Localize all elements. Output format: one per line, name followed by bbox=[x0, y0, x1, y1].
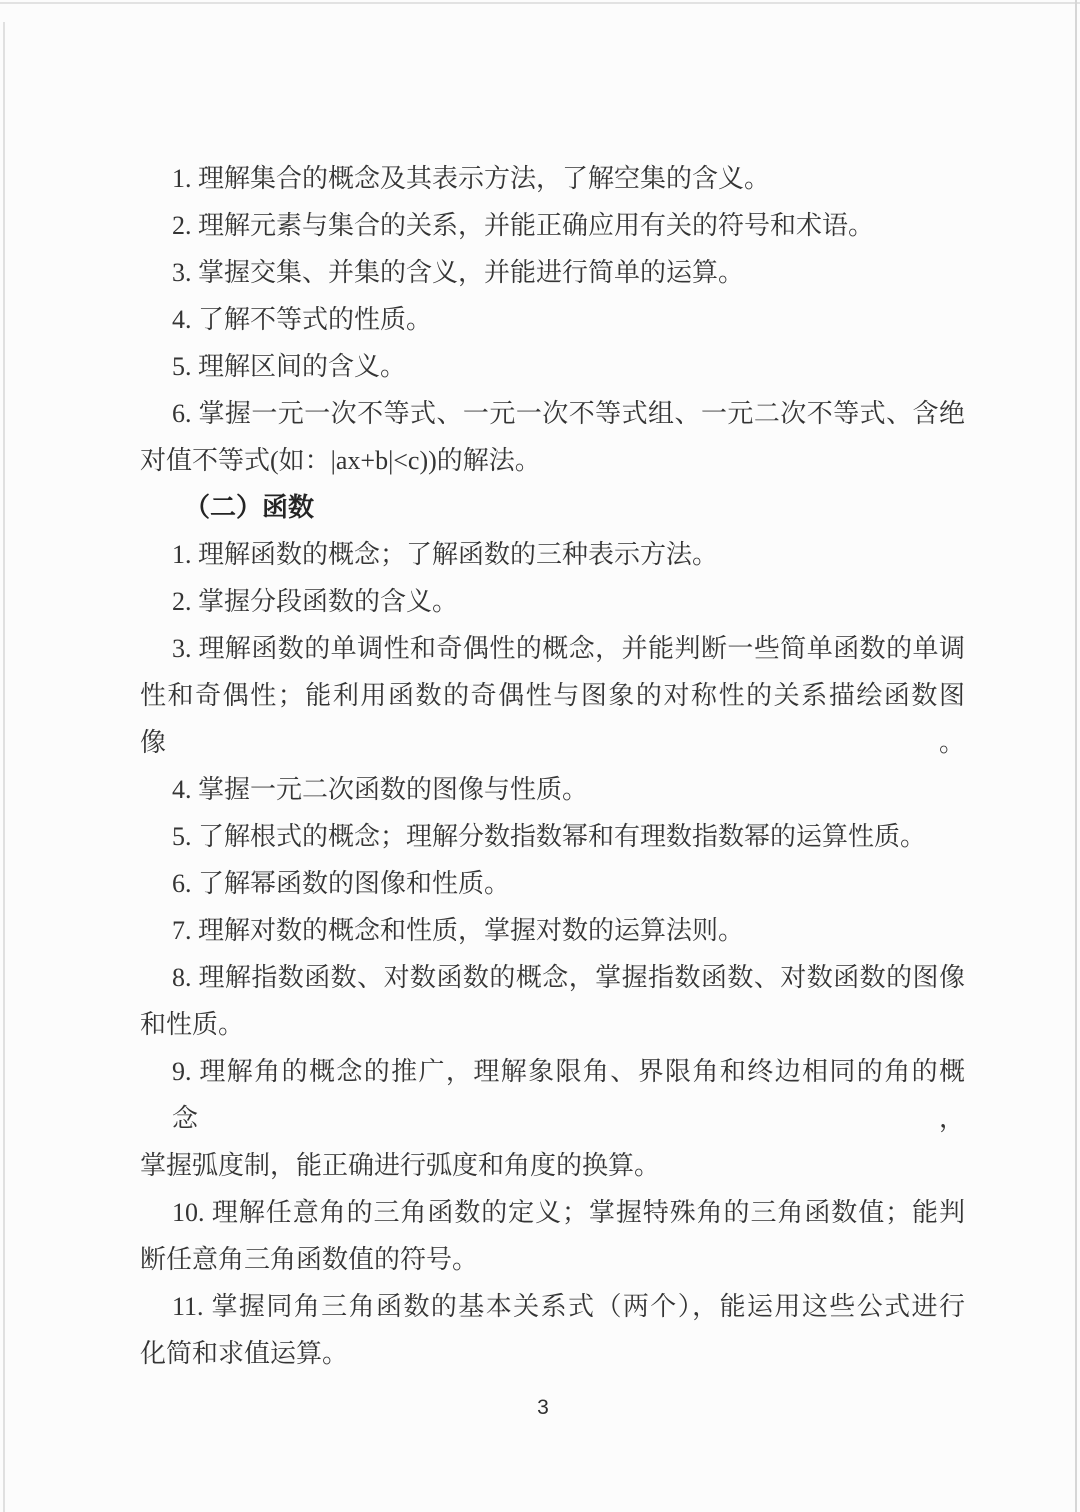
list-item-line: 6. 掌握一元一次不等式、一元一次不等式组、一元二次不等式、含绝 bbox=[140, 390, 965, 437]
scan-edge-right bbox=[1075, 0, 1077, 1512]
document-body: 1. 理解集合的概念及其表示方法，了解空集的含义。 2. 理解元素与集合的关系，… bbox=[140, 155, 965, 1377]
list-item-line: 3. 理解函数的单调性和奇偶性的概念，并能判断一些简单函数的单调 bbox=[140, 625, 965, 672]
list-item-line: 9. 理解角的概念的推广，理解象限角、界限角和终边相同的角的概念， bbox=[140, 1048, 965, 1142]
document-page: 1. 理解集合的概念及其表示方法，了解空集的含义。 2. 理解元素与集合的关系，… bbox=[0, 0, 1080, 1512]
scan-edge-left bbox=[3, 22, 5, 1512]
list-item-line: 2. 掌握分段函数的含义。 bbox=[140, 578, 965, 625]
continuation-line: 掌握弧度制，能正确进行弧度和角度的换算。 bbox=[140, 1142, 965, 1189]
list-item-line: 4. 了解不等式的性质。 bbox=[140, 296, 965, 343]
scan-edge-top bbox=[0, 2, 1080, 4]
list-item-line: 7. 理解对数的概念和性质，掌握对数的运算法则。 bbox=[140, 907, 965, 954]
list-item-line: 5. 理解区间的含义。 bbox=[140, 343, 965, 390]
continuation-line: 和性质。 bbox=[140, 1001, 965, 1048]
continuation-line: 对值不等式(如：|ax+b|<c))的解法。 bbox=[140, 437, 965, 484]
list-item-line: 10. 理解任意角的三角函数的定义；掌握特殊角的三角函数值；能判 bbox=[140, 1189, 965, 1236]
section-heading: （二）函数 bbox=[140, 484, 965, 531]
list-item-line: 5. 了解根式的概念；理解分数指数幂和有理数指数幂的运算性质。 bbox=[140, 813, 965, 860]
list-item-line: 4. 掌握一元二次函数的图像与性质。 bbox=[140, 766, 965, 813]
list-item-line: 6. 了解幂函数的图像和性质。 bbox=[140, 860, 965, 907]
list-item-line: 1. 理解集合的概念及其表示方法，了解空集的含义。 bbox=[140, 155, 965, 202]
list-item-line: 1. 理解函数的概念；了解函数的三种表示方法。 bbox=[140, 531, 965, 578]
page-number: 3 bbox=[0, 1396, 1080, 1420]
list-item-line: 8. 理解指数函数、对数函数的概念，掌握指数函数、对数函数的图像 bbox=[140, 954, 965, 1001]
continuation-line: 化简和求值运算。 bbox=[140, 1330, 965, 1377]
continuation-line: 断任意角三角函数值的符号。 bbox=[140, 1236, 965, 1283]
list-item-line: 2. 理解元素与集合的关系，并能正确应用有关的符号和术语。 bbox=[140, 202, 965, 249]
list-item-line: 3. 掌握交集、并集的含义，并能进行简单的运算。 bbox=[140, 249, 965, 296]
list-item-line: 11. 掌握同角三角函数的基本关系式（两个），能运用这些公式进行 bbox=[140, 1283, 965, 1330]
continuation-line: 性和奇偶性；能利用函数的奇偶性与图象的对称性的关系描绘函数图像。 bbox=[140, 672, 965, 766]
